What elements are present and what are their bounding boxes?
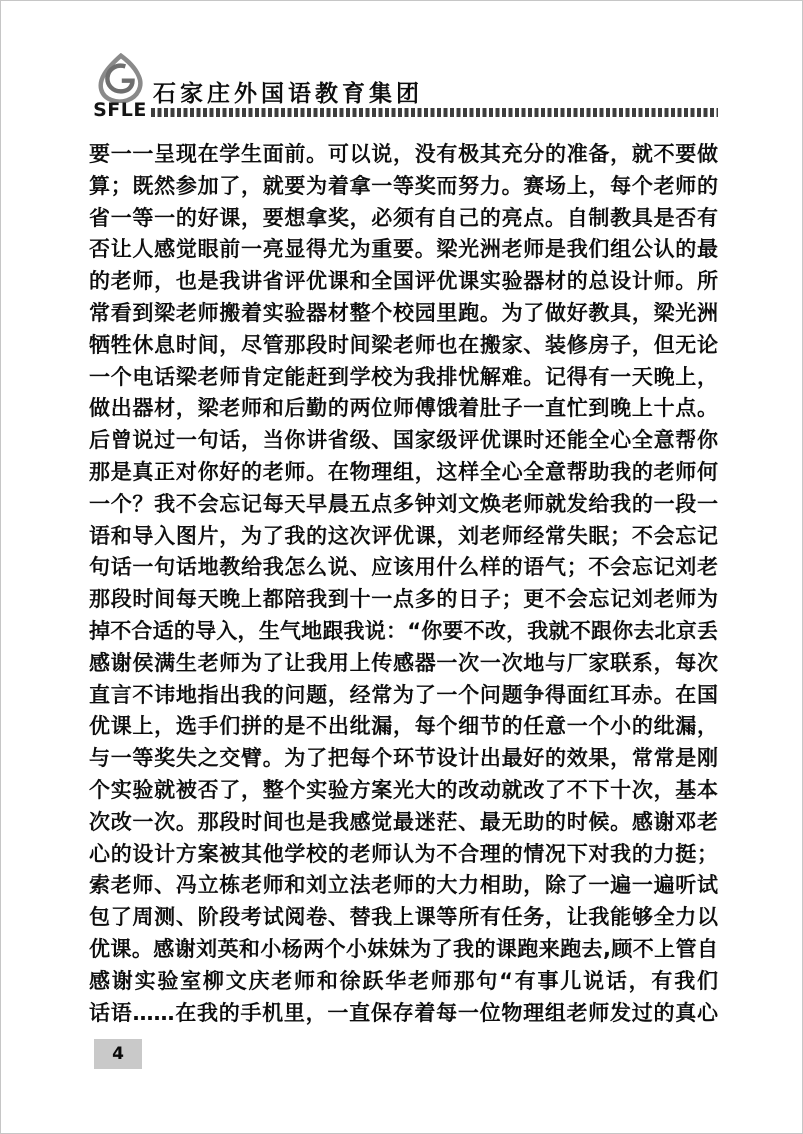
- text-line: 否让人感觉眼前一亮显得尤为重要。梁光洲老师是我们组公认的最心灵手巧: [89, 234, 718, 266]
- page-number-badge: 4: [94, 1039, 142, 1069]
- text-line: 与一等奖失之交臂。为了把每个环节设计出最好的效果，常常是刚设计出一: [89, 743, 718, 775]
- text-line: 掉不合适的导入，生气地跟我说：“你要不改，我就不跟你去北京丢人”……: [89, 616, 718, 648]
- text-line: 算；既然参加了，就要为着拿一等奖而努力。赛场上，每个老师的课都是该: [89, 171, 718, 203]
- text-line: 优课。感谢刘英和小杨两个小妹妹为了我的课跑来跑去,顾不上管自己的孩子;: [89, 934, 718, 966]
- page-number: 4: [112, 1044, 124, 1064]
- text-line: 一个？我不会忘记每天早晨五点多钟刘文焕老师就发给我的一段一段的过渡: [89, 489, 718, 521]
- document-page: SFLE 石家庄外国语教育集团 要一一呈现在学生面前。可以说，没有极其充分的准备…: [0, 0, 803, 1134]
- text-line: 索老师、冯立栋老师和刘立法老师的大力相助，除了一遍一遍听试讲，还承: [89, 870, 718, 902]
- logo-acronym: SFLE: [89, 101, 151, 120]
- header-rule: [151, 108, 718, 117]
- text-line: 优课上，选手们拼的是不出纰漏，每个细节的任意一个小的纰漏，都会让你: [89, 711, 718, 743]
- text-line: 要一一呈现在学生面前。可以说，没有极其充分的准备，就不要做参赛的打: [89, 139, 718, 171]
- text-line: 句话一句话地教给我怎么说、应该用什么样的语气；不会忘记刘老师在最后: [89, 552, 718, 584]
- text-line: 牺牲休息时间，尽管那段时间梁老师也在搬家、装修房子，但无论什么时候，: [89, 330, 718, 362]
- sfle-drop-logo-icon: [92, 53, 148, 103]
- text-line: 后曾说过一句话，当你讲省级、国家级评优课时还能全心全意帮你的老师，: [89, 425, 718, 457]
- page-header: SFLE 石家庄外国语教育集团: [89, 53, 716, 123]
- text-line: 常看到梁老师搬着实验器材整个校园里跑。为了做好教具，梁光洲老师经常: [89, 298, 718, 330]
- text-line: 个实验就被否了，整个实验方案光大的改动就改了不下十次，基本上是讲一: [89, 775, 718, 807]
- logo-block: SFLE: [89, 53, 151, 120]
- text-line: 心的设计方案被其他学校的老师认为不合理的情况下对我的力挺；感谢鲁贵: [89, 839, 718, 871]
- text-line: 感谢实验室柳文庆老师和徐跃华老师那句“有事儿说话，有我们在”的真心: [89, 966, 718, 998]
- text-line: 省一等一的好课，要想拿奖，必须有自己的亮点。自制教具是否有创新、是: [89, 203, 718, 235]
- text-line: 感谢侯满生老师为了让我用上传感器一次一次地与厂家联系，每次听完课后: [89, 648, 718, 680]
- text-line: 一个电话梁老师肯定能赶到学校为我排忧解难。记得有一天晚上，为了赶着: [89, 362, 718, 394]
- text-line: 那是真正对你好的老师。在物理组，这样全心全意帮助我的老师何止梁老师: [89, 457, 718, 489]
- text-line: 做出器材，梁老师和后勤的两位师傅饿着肚子一直忙到晚上十点。邓老师赛: [89, 393, 718, 425]
- text-line: 的老师，也是我讲省评优课和全国评优课实验器材的总设计师。所以，就经: [89, 266, 718, 298]
- text-line: 那段时间每天晚上都陪我到十一点多的日子；更不会忘记刘老师为了让我改: [89, 584, 718, 616]
- org-name: 石家庄外国语教育集团: [153, 75, 423, 108]
- text-line: 话语……在我的手机里，一直保存着每一位物理组老师发过的真心的指点短: [89, 998, 718, 1030]
- text-line: 直言不讳地指出我的问题，经常为了一个问题争得面红耳赤。在国家级的评: [89, 680, 718, 712]
- text-line: 包了周测、阶段考试阅卷、替我上课等所有任务，让我能够全力以赴准备评: [89, 902, 718, 934]
- body-text: 要一一呈现在学生面前。可以说，没有极其充分的准备，就不要做参赛的打算；既然参加了…: [89, 139, 718, 1029]
- text-line: 次改一次。那段时间也是我感觉最迷茫、最无助的时候。感谢邓老师在我精: [89, 807, 718, 839]
- text-line: 语和导入图片，为了我的这次评优课，刘老师经常失眠；不会忘记刘老师一: [89, 521, 718, 553]
